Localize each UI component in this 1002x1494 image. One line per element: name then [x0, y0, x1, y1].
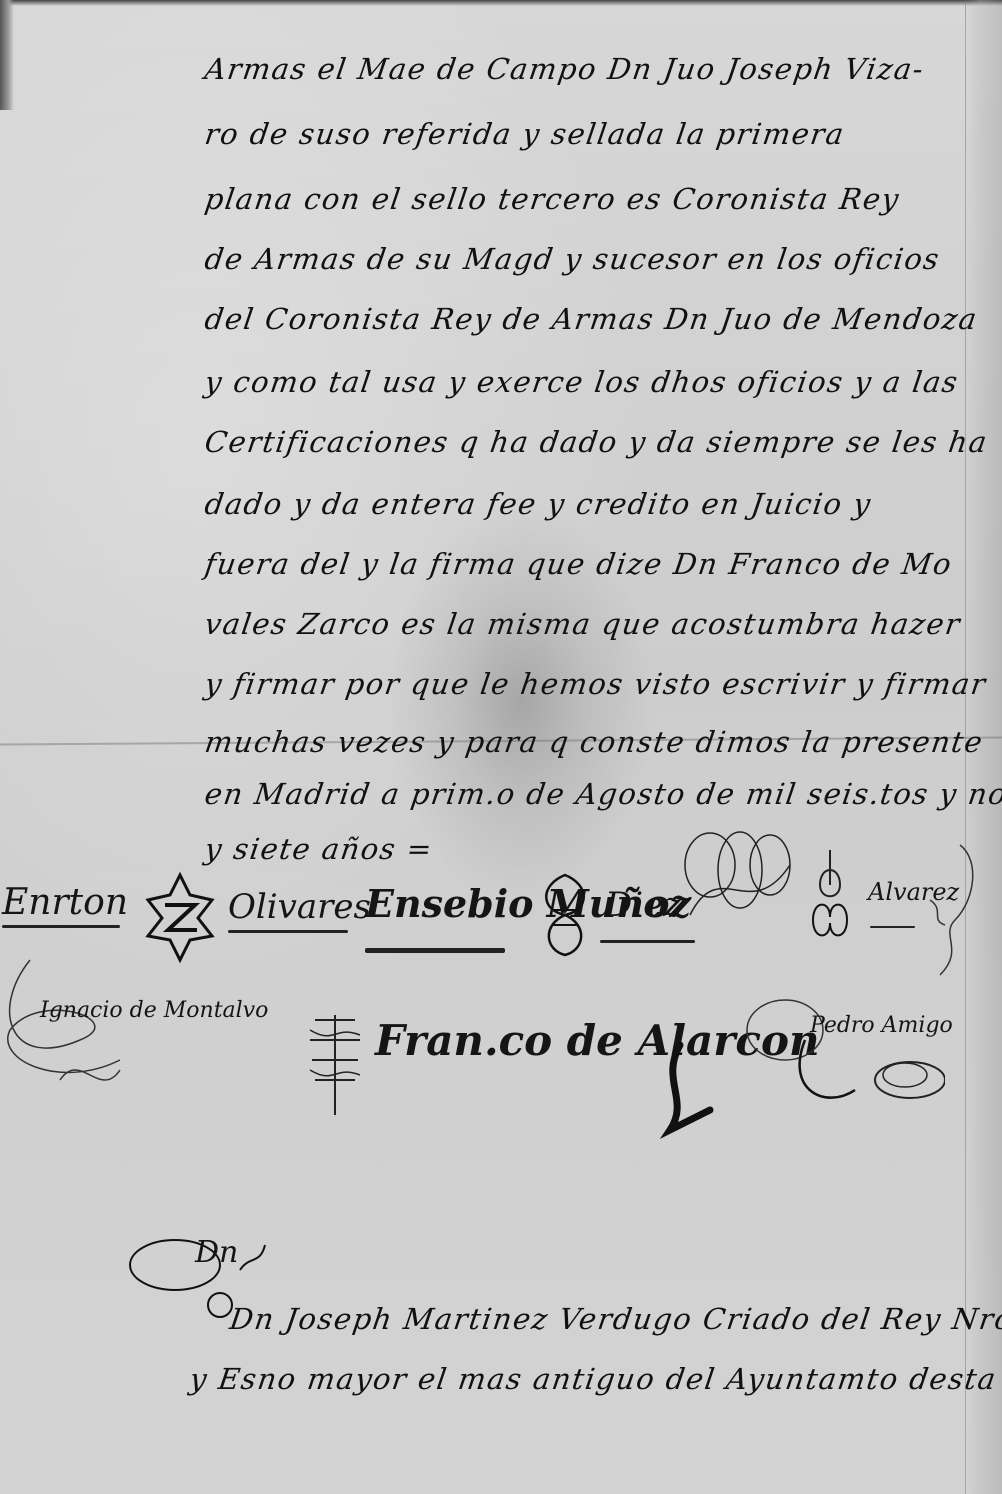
manuscript-page: Armas el Mae de Campo Dn Juo Joseph Viza…: [0, 0, 1002, 1494]
body-line: en Madrid a prim.o de Agosto de mil seis…: [203, 780, 1002, 809]
signature-underline: [2, 925, 120, 928]
notarial-sign-icon: [300, 1010, 370, 1120]
body-line: dado y da entera fee y credito en Juicio…: [203, 490, 873, 519]
body-line: Armas el Mae de Campo Dn Juo Joseph Viza…: [203, 55, 926, 84]
flourish-icon: [0, 950, 160, 1110]
flourish-icon: [920, 840, 980, 980]
signature: Enrton: [2, 885, 128, 921]
notarial-sign-icon: [530, 870, 600, 960]
signature: Ignacio de Montalvo: [40, 1000, 268, 1022]
body-line: vales Zarco es la misma que acostumbra h…: [203, 610, 963, 639]
body-line: ro de suso referida y sellada la primera: [203, 120, 847, 149]
signature-underline: [365, 948, 505, 953]
notarial-flourish-icon: [650, 1040, 730, 1140]
footer-initial: Dn: [195, 1238, 238, 1268]
body-line: y firmar por que le hemos visto escrivir…: [203, 670, 988, 699]
body-line: Certificaciones q ha dado y da siempre s…: [203, 428, 990, 457]
signature: Pedro Amigo: [810, 1015, 953, 1037]
signature-underline: [228, 930, 348, 933]
signature: Diez: [605, 888, 681, 922]
body-line: de Armas de su Magd y sucesor en los ofi…: [203, 245, 942, 274]
body-line: del Coronista Rey de Armas Dn Juo de Men…: [203, 305, 980, 334]
body-line: plana con el sello tercero es Coronista …: [203, 185, 902, 214]
signature-underline: [870, 926, 915, 928]
flourish-signature-icon: [680, 825, 800, 935]
body-line: muchas vezes y para q conste dimos la pr…: [203, 728, 985, 757]
page-edge-left: [0, 0, 14, 110]
notarial-sign-icon: [805, 845, 855, 945]
body-line: y siete años =: [203, 835, 435, 864]
body-line: fuera del y la firma que dize Dn Franco …: [203, 550, 954, 579]
flourish-icon: [745, 980, 945, 1110]
footer-line: Dn Joseph Martinez Verdugo Criado del Re…: [228, 1305, 1002, 1334]
body-line: y como tal usa y exerce los dhos oficios…: [203, 368, 961, 397]
signature: Olivares: [228, 890, 371, 924]
footer-line: y Esno mayor el mas antiguo del Ayuntamt…: [188, 1365, 1002, 1394]
page-edge-top: [0, 0, 1002, 6]
signature-underline: [600, 940, 695, 943]
